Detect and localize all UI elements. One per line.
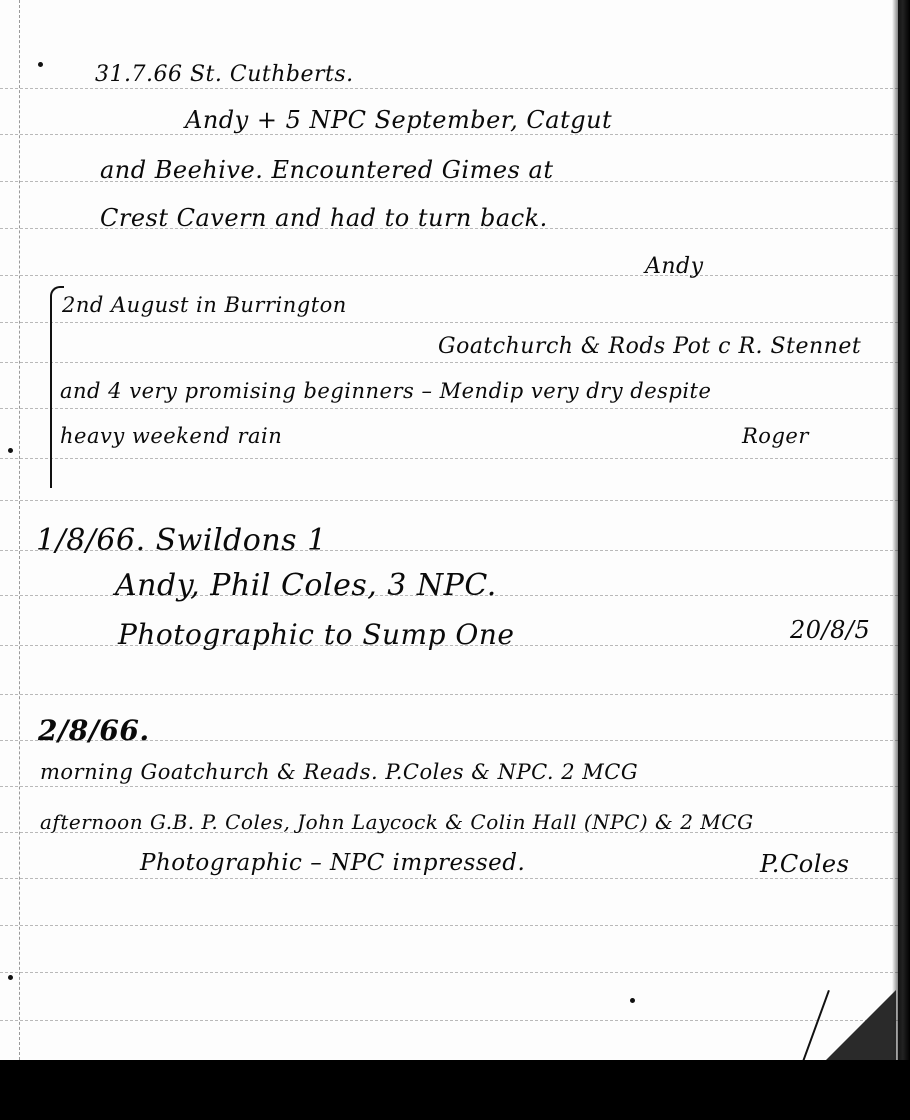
page-corner-fold (826, 990, 896, 1060)
entry-line: and Beehive. Encountered Gimes at (100, 156, 553, 184)
ruled-line (0, 500, 898, 501)
entry-date: 2/8/66. (38, 714, 150, 747)
ruled-line (0, 458, 898, 459)
scan-bottom-shadow (0, 1060, 910, 1120)
ruled-line (0, 694, 898, 695)
ruled-line (0, 408, 898, 409)
entry-line: morning Goatchurch & Reads. P.Coles & NP… (40, 760, 638, 784)
ruled-line (0, 786, 898, 787)
entry-signature: Andy (645, 254, 704, 279)
ink-speck (38, 62, 43, 67)
entry-line: Goatchurch & Rods Pot c R. Stennet (438, 334, 861, 359)
ruled-line (0, 362, 898, 363)
ruled-line (0, 925, 898, 926)
entry-signature: Roger (742, 424, 809, 448)
ink-speck (630, 998, 635, 1003)
entry-line: Photographic to Sump One (118, 618, 515, 651)
entry-line: and 4 very promising beginners – Mendip … (60, 379, 711, 403)
ink-speck (8, 975, 13, 980)
entry-date: 1/8/66. Swildons 1 (36, 523, 327, 558)
ruled-line (0, 322, 898, 323)
ruled-line (0, 88, 898, 89)
entry-line: afternoon G.B. P. Coles, John Laycock & … (40, 810, 754, 834)
ruled-line (0, 1020, 898, 1021)
scan-edge-shadow (892, 0, 910, 1120)
entry-line: Photographic – NPC impressed. (140, 850, 525, 876)
ruled-line (0, 134, 898, 135)
margin-line (19, 0, 20, 1065)
entry-line: Crest Cavern and had to turn back. (100, 204, 548, 232)
margin-note: 20/8/5 (790, 616, 870, 644)
entry-line: heavy weekend rain (60, 424, 282, 448)
entry-line: 31.7.66 St. Cuthberts. (95, 62, 354, 87)
ruled-line (0, 275, 898, 276)
ink-speck (8, 448, 13, 453)
logbook-page: 31.7.66 St. Cuthberts. Andy + 5 NPC Sept… (0, 0, 898, 1065)
entry-signature: P.Coles (760, 850, 849, 878)
ruled-line (0, 878, 898, 879)
entry-line: Andy + 5 NPC September, Catgut (185, 106, 612, 134)
entry-line: 2nd August in Burrington (62, 293, 347, 317)
entry-line: Andy, Phil Coles, 3 NPC. (115, 568, 497, 603)
ruled-line (0, 972, 898, 973)
